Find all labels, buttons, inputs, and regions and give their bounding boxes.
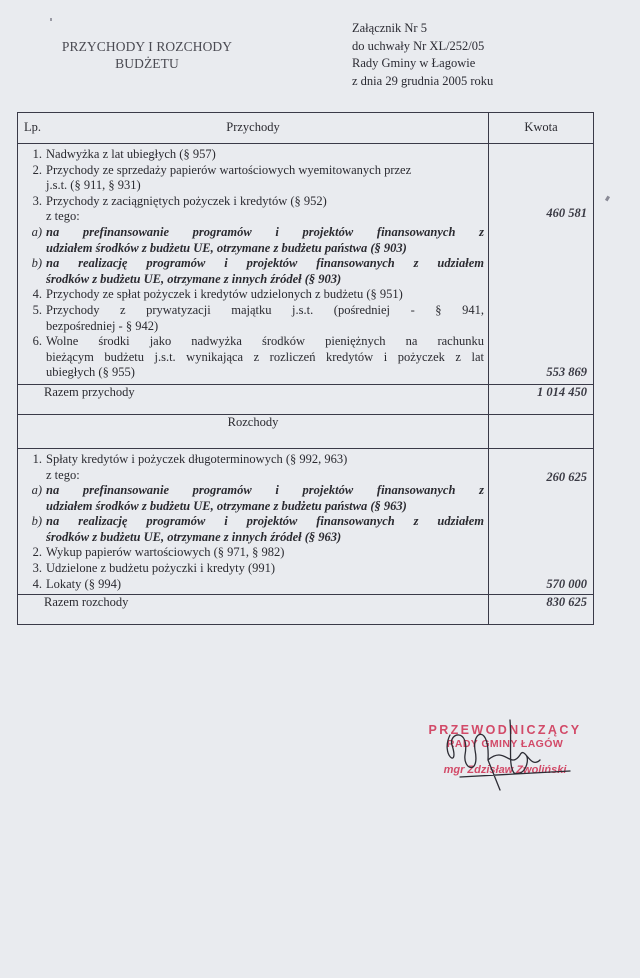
list-item: a)na prefinansowanie programów i projekt… [22, 483, 484, 499]
list-item: bieżącym budżetu j.s.t. wynikająca z roz… [22, 350, 484, 366]
item-number [22, 272, 46, 288]
list-item: 4.Przychody ze spłat pożyczek i kredytów… [22, 287, 484, 303]
amount-loan-repayments: 260 625 [546, 470, 587, 486]
item-number [22, 350, 46, 366]
budget-table: Lp. Przychody Kwota 1.Nadwyżka z lat ubi… [17, 112, 594, 625]
title-line-1: PRZYCHODY I ROZCHODY [44, 38, 250, 55]
item-text: bezpośredniej - § 942) [46, 319, 484, 335]
item-text: j.s.t. (§ 911, § 931) [46, 178, 484, 194]
expense-total-row: Razem rozchody 830 625 [18, 595, 594, 625]
item-text: Spłaty kredytów i pożyczek długoterminow… [46, 452, 484, 468]
expense-total-label: Razem rozchody [18, 595, 489, 625]
list-item: 2.Wykup papierów wartościowych (§ 971, §… [22, 545, 484, 561]
list-item: 1.Spłaty kredytów i pożyczek długotermin… [22, 452, 484, 468]
scan-speck [50, 18, 52, 21]
item-number: b) [22, 256, 46, 272]
item-text: Przychody z prywatyzacji majątku j.s.t. … [46, 303, 484, 319]
item-number [22, 499, 46, 515]
amount-loans: 460 581 [546, 206, 587, 222]
income-total-row: Razem przychody 1 014 450 [18, 384, 594, 414]
item-text: na realizację programów i projektów fina… [46, 256, 484, 272]
expense-total-amount: 830 625 [488, 595, 593, 625]
amount-free-funds: 553 869 [546, 365, 587, 381]
list-item: z tego: [22, 468, 484, 484]
expenses-section-row: Rozchody [18, 414, 594, 448]
item-text: z tego: [46, 209, 484, 225]
item-number: a) [22, 225, 46, 241]
item-text: udziałem środków z budżetu UE, otrzymane… [46, 241, 484, 257]
item-number [22, 209, 46, 225]
header-amount: Kwota [488, 113, 593, 144]
list-item: a)na prefinansowanie programów i projekt… [22, 225, 484, 241]
item-text: środków z budżetu UE, otrzymane z innych… [46, 530, 484, 546]
item-text: Przychody ze spłat pożyczek i kredytów u… [46, 287, 484, 303]
expense-amounts: 260 625 570 000 [488, 448, 593, 594]
item-text: Lokaty (§ 994) [46, 577, 484, 593]
item-number [22, 468, 46, 484]
income-items: 1.Nadwyżka z lat ubiegłych (§ 957)2.Przy… [18, 144, 489, 385]
item-number [22, 319, 46, 335]
income-items-row: 1.Nadwyżka z lat ubiegłych (§ 957)2.Przy… [18, 144, 594, 385]
expense-items: 1.Spłaty kredytów i pożyczek długotermin… [18, 448, 489, 594]
scan-speck [605, 196, 610, 202]
income-total-amount: 1 014 450 [488, 384, 593, 414]
header-income: Przychody [54, 120, 488, 136]
list-item: 3.Przychody z zaciągniętych pożyczek i k… [22, 194, 484, 210]
item-number: 3. [22, 194, 46, 210]
item-text: Udzielone z budżetu pożyczki i kredyty (… [46, 561, 484, 577]
annex-line: z dnia 29 grudnia 2005 roku [352, 73, 493, 91]
income-amounts: 460 581 553 869 [488, 144, 593, 385]
item-number: b) [22, 514, 46, 530]
item-text: na prefinansowanie programów i projektów… [46, 483, 484, 499]
item-number: 1. [22, 147, 46, 163]
item-number: a) [22, 483, 46, 499]
item-number: 3. [22, 561, 46, 577]
amount-deposits: 570 000 [546, 577, 587, 593]
item-number: 2. [22, 163, 46, 179]
item-number [22, 530, 46, 546]
item-number: 4. [22, 287, 46, 303]
list-item: ubiegłych (§ 955) [22, 365, 484, 381]
item-number: 2. [22, 545, 46, 561]
item-text: Wykup papierów wartościowych (§ 971, § 9… [46, 545, 484, 561]
list-item: udziałem środków z budżetu UE, otrzymane… [22, 241, 484, 257]
list-item: 3.Udzielone z budżetu pożyczki i kredyty… [22, 561, 484, 577]
annex-line: Załącznik Nr 5 [352, 20, 493, 38]
list-item: z tego: [22, 209, 484, 225]
item-text: środków z budżetu UE, otrzymane z innych… [46, 272, 484, 288]
item-text: ubiegłych (§ 955) [46, 365, 484, 381]
item-number: 5. [22, 303, 46, 319]
annex-line: Rady Gminy w Łagowie [352, 55, 493, 73]
item-text: Przychody z zaciągniętych pożyczek i kre… [46, 194, 484, 210]
item-number: 1. [22, 452, 46, 468]
list-item: 6.Wolne środki jako nadwyżka środków pie… [22, 334, 484, 350]
item-number [22, 241, 46, 257]
list-item: 2.Przychody ze sprzedaży papierów wartoś… [22, 163, 484, 179]
list-item: bezpośredniej - § 942) [22, 319, 484, 335]
expenses-section-title: Rozchody [18, 414, 489, 448]
item-number [22, 365, 46, 381]
list-item: 5.Przychody z prywatyzacji majątku j.s.t… [22, 303, 484, 319]
item-text: udziałem środków z budżetu UE, otrzymane… [46, 499, 484, 515]
table-header-row: Lp. Przychody Kwota [18, 113, 594, 144]
item-text: Przychody ze sprzedaży papierów wartości… [46, 163, 484, 179]
expense-items-row: 1.Spłaty kredytów i pożyczek długotermin… [18, 448, 594, 594]
list-item: środków z budżetu UE, otrzymane z innych… [22, 530, 484, 546]
list-item: b)na realizację programów i projektów fi… [22, 256, 484, 272]
list-item: 1.Nadwyżka z lat ubiegłych (§ 957) [22, 147, 484, 163]
list-item: środków z budżetu UE, otrzymane z innych… [22, 272, 484, 288]
list-item: 4.Lokaty (§ 994) [22, 577, 484, 593]
list-item: j.s.t. (§ 911, § 931) [22, 178, 484, 194]
list-item: udziałem środków z budżetu UE, otrzymane… [22, 499, 484, 515]
annex-line: do uchwały Nr XL/252/05 [352, 38, 493, 56]
annex-reference: Załącznik Nr 5 do uchwały Nr XL/252/05 R… [352, 20, 493, 90]
item-text: z tego: [46, 468, 484, 484]
list-item: b)na realizację programów i projektów fi… [22, 514, 484, 530]
item-text: na realizację programów i projektów fina… [46, 514, 484, 530]
item-text: Wolne środki jako nadwyżka środków pieni… [46, 334, 484, 350]
header-lp: Lp. [18, 120, 54, 136]
item-number [22, 178, 46, 194]
item-text: na prefinansowanie programów i projektów… [46, 225, 484, 241]
document-title: PRZYCHODY I ROZCHODY BUDŻETU [44, 38, 250, 72]
item-text: bieżącym budżetu j.s.t. wynikająca z roz… [46, 350, 484, 366]
handwritten-signature [430, 715, 580, 795]
item-text: Nadwyżka z lat ubiegłych (§ 957) [46, 147, 484, 163]
income-total-label: Razem przychody [18, 384, 489, 414]
item-number: 4. [22, 577, 46, 593]
item-number: 6. [22, 334, 46, 350]
title-line-2: BUDŻETU [44, 55, 250, 72]
